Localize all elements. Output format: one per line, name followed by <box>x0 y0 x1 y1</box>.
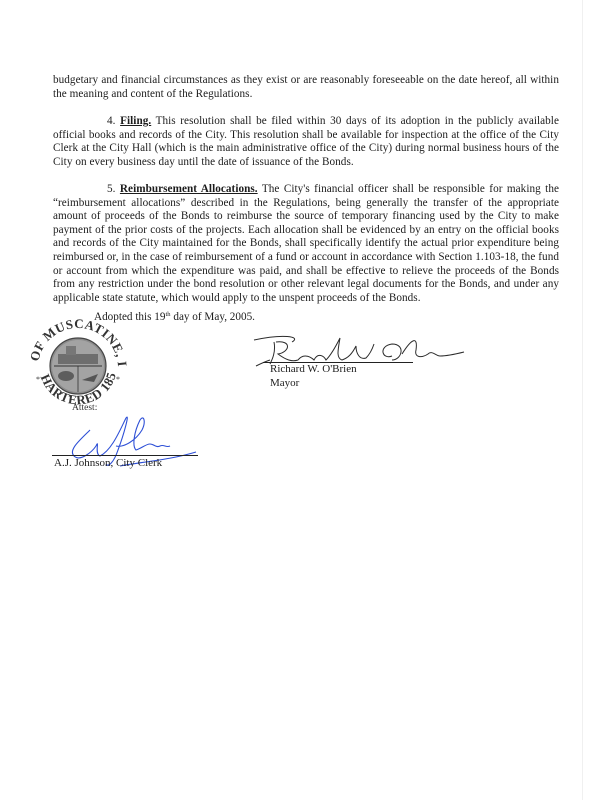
adopted-prefix: Adopted this 19 <box>94 311 165 323</box>
svg-text:*: * <box>36 375 40 384</box>
adopted-date-line: Adopted this 19th day of May, 2005. <box>94 311 255 323</box>
continuation-paragraph: budgetary and financial circumstances as… <box>53 74 559 101</box>
section-number: 5. <box>107 183 116 195</box>
mayor-name: Richard W. O'Brien <box>270 363 357 376</box>
city-seal-icon: CITY OF MUSCATINE, IOWA CHARTERED 1851 *… <box>28 316 128 416</box>
section-number: 4. <box>107 115 116 127</box>
continuation-text: budgetary and financial circumstances as… <box>53 74 559 101</box>
adopted-suffix: day of May, 2005. <box>171 311 255 323</box>
mayor-title: Mayor <box>270 377 299 390</box>
section-body: The City's financial officer shall be re… <box>53 183 559 304</box>
svg-text:*: * <box>116 375 120 384</box>
section-reimbursement-allocations: 5. Reimbursement Allocations. The City's… <box>53 183 559 305</box>
section-filing: 4. Filing. This resolution shall be file… <box>53 115 559 169</box>
section-heading: Filing. <box>120 115 151 127</box>
page-edge-line <box>582 0 583 800</box>
clerk-signature-line <box>52 455 198 456</box>
document-page: budgetary and financial circumstances as… <box>0 0 615 800</box>
section-heading: Reimbursement Allocations. <box>120 183 258 195</box>
clerk-name-title: A.J. Johnson, City Clerk <box>54 457 162 470</box>
